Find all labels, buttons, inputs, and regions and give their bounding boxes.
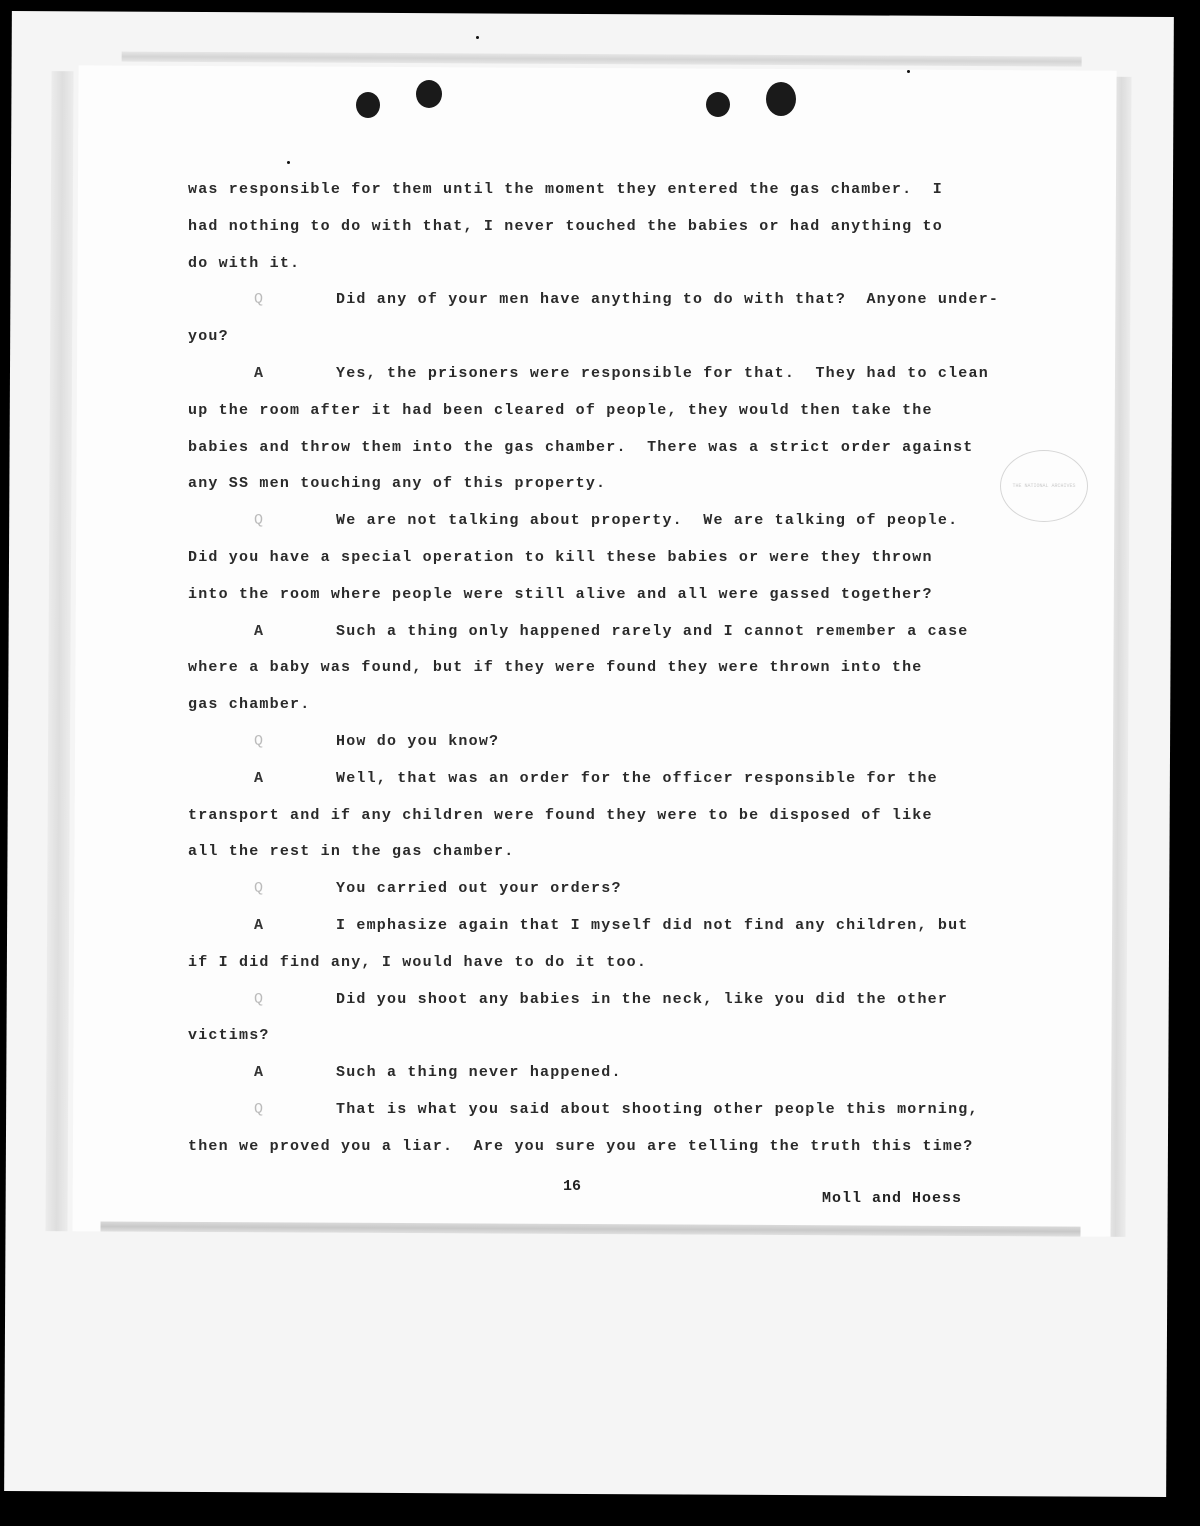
line-text: Such a thing never happened.	[336, 1064, 622, 1081]
answer-marker: A	[188, 912, 336, 940]
top-shadow-band	[122, 52, 1082, 67]
transcript-line: victims?	[188, 1022, 1048, 1059]
left-edge-shade	[45, 71, 73, 1231]
transcript-line: QThat is what you said about shooting ot…	[188, 1096, 1048, 1133]
line-text: then we proved you a liar. Are you sure …	[188, 1138, 974, 1155]
transcript-line: gas chamber.	[188, 691, 1048, 728]
transcript-line: QYou carried out your orders?	[188, 875, 1048, 912]
transcript-line: into the room where people were still al…	[188, 581, 1048, 618]
transcript-line: QDid you shoot any babies in the neck, l…	[188, 986, 1048, 1023]
line-text: Such a thing only happened rarely and I …	[336, 623, 969, 640]
line-text: victims?	[188, 1027, 270, 1044]
question-marker: Q	[188, 507, 336, 535]
line-text: do with it.	[188, 255, 300, 272]
line-text: babies and throw them into the gas chamb…	[188, 439, 974, 456]
speck	[476, 36, 479, 39]
transcript-line: do with it.	[188, 250, 1048, 287]
question-marker: Q	[188, 986, 336, 1014]
punch-hole-3	[706, 92, 730, 117]
transcript-line: babies and throw them into the gas chamb…	[188, 434, 1048, 471]
footer-names: Moll and Hoess	[822, 1190, 962, 1207]
line-text: Yes, the prisoners were responsible for …	[336, 365, 989, 382]
question-marker: Q	[188, 875, 336, 903]
transcript-line: had nothing to do with that, I never tou…	[188, 213, 1048, 250]
transcript-line: where a baby was found, but if they were…	[188, 654, 1048, 691]
line-text: How do you know?	[336, 733, 499, 750]
transcript-line: any SS men touching any of this property…	[188, 470, 1048, 507]
line-text: I emphasize again that I myself did not …	[336, 917, 969, 934]
transcript-body: was responsible for them until the momen…	[188, 176, 1048, 1170]
line-text: into the room where people were still al…	[188, 586, 933, 603]
line-text: all the rest in the gas chamber.	[188, 843, 514, 860]
transcript-line: transport and if any children were found…	[188, 802, 1048, 839]
transcript-line: was responsible for them until the momen…	[188, 176, 1048, 213]
line-text: You carried out your orders?	[336, 880, 622, 897]
question-marker: Q	[188, 728, 336, 756]
line-text: Did you shoot any babies in the neck, li…	[336, 991, 948, 1008]
line-text: you?	[188, 328, 229, 345]
transcript-line: up the room after it had been cleared of…	[188, 397, 1048, 434]
transcript-line: then we proved you a liar. Are you sure …	[188, 1133, 1048, 1170]
line-text: transport and if any children were found…	[188, 807, 933, 824]
answer-marker: A	[188, 1059, 336, 1087]
line-text: Did any of your men have anything to do …	[336, 291, 999, 308]
answer-marker: A	[188, 618, 336, 646]
line-text: any SS men touching any of this property…	[188, 475, 606, 492]
line-text: where a baby was found, but if they were…	[188, 659, 923, 676]
transcript-line: QWe are not talking about property. We a…	[188, 507, 1048, 544]
transcript-line: AYes, the prisoners were responsible for…	[188, 360, 1048, 397]
line-text: Did you have a special operation to kill…	[188, 549, 933, 566]
transcript-line: QDid any of your men have anything to do…	[188, 286, 1048, 323]
line-text: if I did find any, I would have to do it…	[188, 954, 647, 971]
transcript-line: QHow do you know?	[188, 728, 1048, 765]
line-text: That is what you said about shooting oth…	[336, 1101, 979, 1118]
punch-hole-1	[356, 92, 380, 118]
page-number: 16	[563, 1178, 581, 1195]
punch-hole-2	[416, 80, 442, 108]
speck	[287, 161, 290, 164]
transcript-line: Did you have a special operation to kill…	[188, 544, 1048, 581]
answer-marker: A	[188, 360, 336, 388]
transcript-line: AI emphasize again that I myself did not…	[188, 912, 1048, 949]
question-marker: Q	[188, 286, 336, 314]
speck	[907, 70, 910, 73]
line-text: gas chamber.	[188, 696, 310, 713]
transcript-line: you?	[188, 323, 1048, 360]
answer-marker: A	[188, 765, 336, 793]
punch-hole-4	[766, 82, 796, 116]
transcript-line: ASuch a thing only happened rarely and I…	[188, 618, 1048, 655]
line-text: We are not talking about property. We ar…	[336, 512, 958, 529]
line-text: Well, that was an order for the officer …	[336, 770, 938, 787]
line-text: up the room after it had been cleared of…	[188, 402, 933, 419]
question-marker: Q	[188, 1096, 336, 1124]
line-text: had nothing to do with that, I never tou…	[188, 218, 943, 235]
line-text: was responsible for them until the momen…	[188, 181, 943, 198]
transcript-line: all the rest in the gas chamber.	[188, 838, 1048, 875]
transcript-line: AWell, that was an order for the officer…	[188, 765, 1048, 802]
transcript-line: ASuch a thing never happened.	[188, 1059, 1048, 1096]
transcript-line: if I did find any, I would have to do it…	[188, 949, 1048, 986]
